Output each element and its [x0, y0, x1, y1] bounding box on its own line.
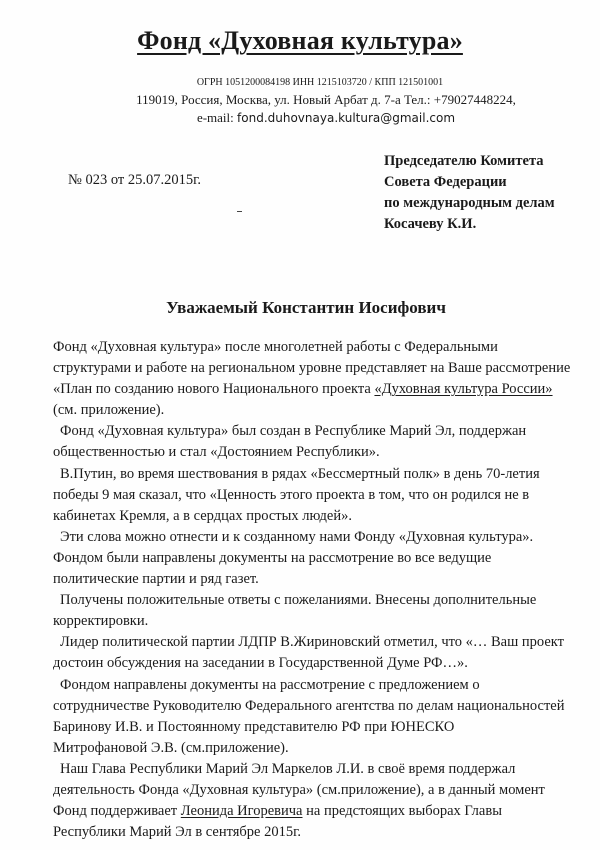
body-line: общественностью и стал «Достоянием Респу… [53, 442, 593, 463]
registration-numbers: ОГРН 1051200084198 ИНН 1215103720 / КПП … [0, 77, 600, 88]
body-line: Митрофановой Э.В. (см.приложение). [53, 738, 593, 759]
body-line: Фонд «Духовная культура» после многолетн… [53, 337, 593, 358]
body-line: структурами и работе на региональном уро… [53, 358, 593, 379]
address-phone: 119019, Россия, Москва, ул. Новый Арбат … [0, 92, 600, 108]
project-name-underlined: «Духовная культура России» [374, 381, 552, 397]
body-line: достоин обсуждения на заседании в Госуда… [53, 653, 593, 674]
body-line: Фонд «Духовная культура» был создан в Ре… [53, 421, 593, 442]
body-line: В.Путин, во время шествования в рядах «Б… [53, 464, 593, 485]
salutation: Уважаемый Константин Иосифович [0, 298, 600, 318]
body-line: корректировки. [53, 611, 593, 632]
body-line: деятельность Фонда «Духовная культура» (… [53, 780, 593, 801]
letterhead-title: Фонд «Духовная культура» [0, 26, 600, 56]
body-line: политические партии и ряд газет. [53, 569, 593, 590]
body-line: Лидер политической партии ЛДПР В.Жиринов… [53, 632, 593, 653]
recipient-line: по международным делам [384, 193, 555, 214]
recipient-line: Совета Федерации [384, 172, 555, 193]
body-line: Получены положительные ответы с пожелани… [53, 590, 593, 611]
body-line: Фондом направлены документы на рассмотре… [53, 675, 593, 696]
recipient-line: Председателю Комитета [384, 151, 555, 172]
body-line: кабинетах Кремля, а в сердцах простых лю… [53, 506, 593, 527]
body-line: (см. приложение). [53, 400, 593, 421]
body-line: Фондом были направлены документы на расс… [53, 548, 593, 569]
email-label: e-mail: [197, 110, 237, 125]
body-line: Баринову И.В. и Постоянному представител… [53, 717, 593, 738]
letter-page: Фонд «Духовная культура» ОГРН 1051200084… [0, 0, 600, 850]
body-line: победы 9 мая сказал, что «Ценность этого… [53, 485, 593, 506]
scan-mark [237, 211, 242, 212]
letter-body: Фонд «Духовная культура» после многолетн… [53, 337, 593, 843]
body-line: Эти слова можно отнести и к созданному н… [53, 527, 593, 548]
body-line: сотрудничестве Руководителю Федерального… [53, 696, 593, 717]
recipient-block: Председателю Комитета Совета Федерации п… [384, 151, 555, 235]
body-line: Республики Марий Эл в сентябре 2015г. [53, 822, 593, 843]
email-line: e-mail: fond.duhovnaya.kultura@gmail.com [0, 110, 600, 126]
body-line: Фонд поддерживает Леонида Игоревича на п… [53, 801, 593, 822]
candidate-name-underlined: Леонида Игоревича [181, 803, 303, 819]
reference-number: № 023 от 25.07.2015г. [68, 172, 201, 189]
recipient-line: Косачеву К.И. [384, 214, 555, 235]
body-line: «План по созданию нового Национального п… [53, 379, 593, 400]
body-line: Наш Глава Республики Марий Эл Маркелов Л… [53, 759, 593, 780]
email-address: fond.duhovnaya.kultura@gmail.com [237, 111, 455, 125]
